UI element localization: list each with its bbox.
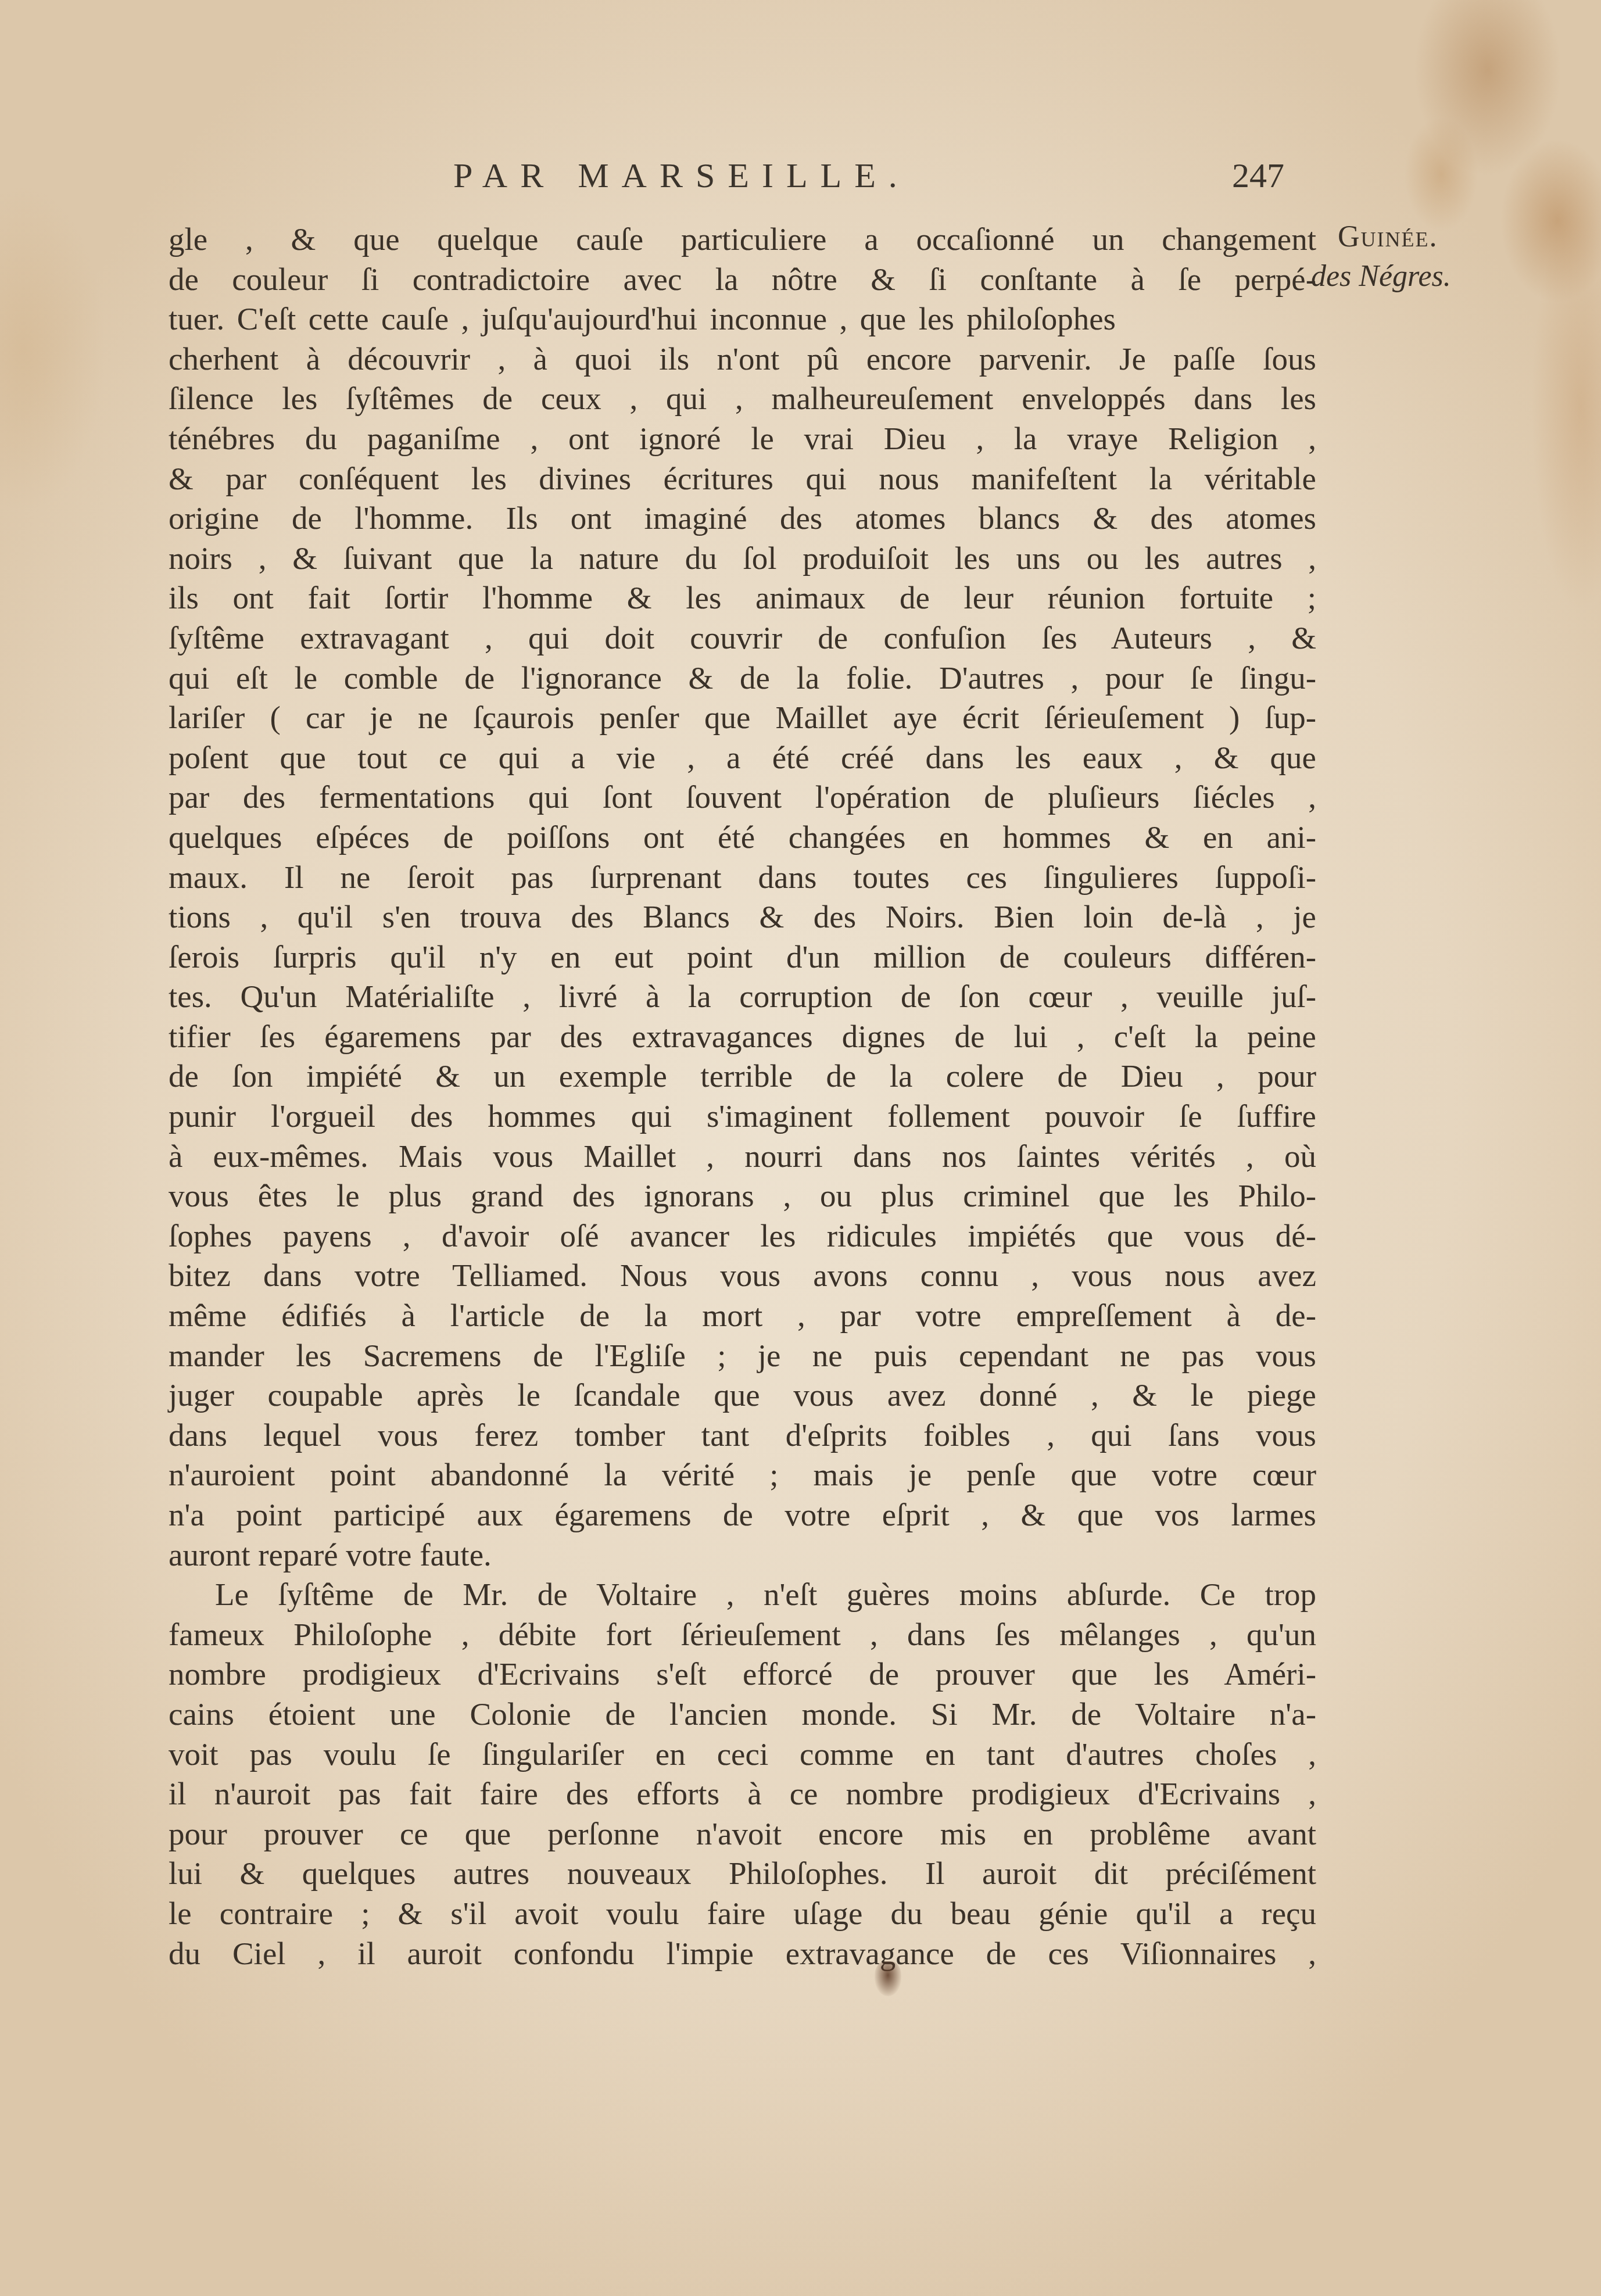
text-line: cherhent à découvrir , à quoi ils n'ont … <box>169 339 1316 379</box>
running-head: PAR MARSEILLE. <box>453 156 910 196</box>
text-line: du Ciel , il auroit confondu l'impie ext… <box>169 1934 1316 1974</box>
text-line: pour prouver ce que perſonne n'avoit enc… <box>169 1814 1316 1854</box>
page-number: 247 <box>1232 156 1284 196</box>
text-line: ſilence les ſyſtêmes de ceux , qui , mal… <box>169 379 1316 419</box>
text-line: dans lequel vous ferez tomber tant d'eſp… <box>169 1416 1316 1456</box>
text-line: gle , & que quelque cauſe particuliere a… <box>169 220 1316 260</box>
text-line: n'a point participé aux égaremens de vot… <box>169 1495 1316 1535</box>
text-line: à eux-mêmes. Mais vous Maillet , nourri … <box>169 1137 1316 1177</box>
text-line: mander les Sacremens de l'Egliſe ; je ne… <box>169 1336 1316 1376</box>
text-line: qui eſt le comble de l'ignorance & de la… <box>169 658 1316 699</box>
text-line: auront reparé votre faute. <box>169 1535 1316 1575</box>
text-line: tuer. C'eſt cette cauſe , juſqu'aujourd'… <box>169 299 1116 339</box>
text-line: noirs , & ſuivant que la nature du ſol p… <box>169 539 1316 579</box>
scanned-book-page: PAR MARSEILLE. 247 Guinée. des Négres. g… <box>0 0 1601 2296</box>
text-line: ils ont fait ſortir l'homme & les animau… <box>169 578 1316 618</box>
text-line: cains étoient une Colonie de l'ancien mo… <box>169 1695 1316 1735</box>
text-line: quelques eſpéces de poiſſons ont été cha… <box>169 818 1316 858</box>
text-line: le contraire ; & s'il avoit voulu faire … <box>169 1894 1316 1934</box>
text-line: bitez dans votre Telliamed. Nous vous av… <box>169 1256 1316 1296</box>
text-line: tifier ſes égaremens par des extravaganc… <box>169 1017 1316 1057</box>
text-line: il n'auroit pas fait faire des efforts à… <box>169 1774 1316 1814</box>
body-text: gle , & que quelque cauſe particuliere a… <box>169 220 1316 1973</box>
text-line: ſophes payens , d'avoir oſé avancer les … <box>169 1216 1316 1256</box>
text-line: ſerois ſurpris qu'il n'y en eut point d'… <box>169 937 1316 977</box>
text-line: fameux Philoſophe , débite fort ſérieuſe… <box>169 1615 1316 1655</box>
text-line: lariſer ( car je ne ſçaurois penſer que … <box>169 698 1316 738</box>
text-line: juger coupable après le ſcandale que vou… <box>169 1376 1316 1416</box>
text-line: vous êtes le plus grand des ignorans , o… <box>169 1176 1316 1216</box>
text-line: lui & quelques autres nouveaux Philoſoph… <box>169 1854 1316 1894</box>
text-line: de couleur ſi contradictoire avec la nôt… <box>169 260 1316 300</box>
text-line: ſyſtême extravagant , qui doit couvrir d… <box>169 618 1316 658</box>
text-line: tes. Qu'un Matérialiſte , livré à la cor… <box>169 977 1316 1017</box>
text-line: & par conſéquent les divines écritures q… <box>169 459 1316 499</box>
margin-note-subheading: des Négres. <box>1311 259 1451 293</box>
text-line: nombre prodigieux d'Ecrivains s'eſt effo… <box>169 1654 1316 1695</box>
text-line: ténébres du paganiſme , ont ignoré le vr… <box>169 419 1316 459</box>
text-line: voit pas voulu ſe ſingulariſer en ceci c… <box>169 1735 1316 1775</box>
text-line: origine de l'homme. Ils ont imaginé des … <box>169 499 1316 539</box>
text-line: poſent que tout ce qui a vie , a été cré… <box>169 738 1316 778</box>
margin-note-heading: Guinée. <box>1338 220 1438 254</box>
text-line: punir l'orgueil des hommes qui s'imagine… <box>169 1097 1316 1137</box>
ink-stain <box>875 1961 901 1996</box>
text-line: n'auroient point abandonné la vérité ; m… <box>169 1455 1316 1495</box>
text-line: même édifiés à l'article de la mort , pa… <box>169 1296 1316 1336</box>
text-line: tions , qu'il s'en trouva des Blancs & d… <box>169 897 1316 937</box>
text-line: par des fermentations qui ſont ſouvent l… <box>169 778 1316 818</box>
text-line: maux. Il ne ſeroit pas ſurprenant dans t… <box>169 858 1316 898</box>
text-line: de ſon impiété & un exemple terrible de … <box>169 1056 1316 1097</box>
paragraph-start-line: Le ſyſtême de Mr. de Voltaire , n'eſt gu… <box>169 1575 1316 1615</box>
